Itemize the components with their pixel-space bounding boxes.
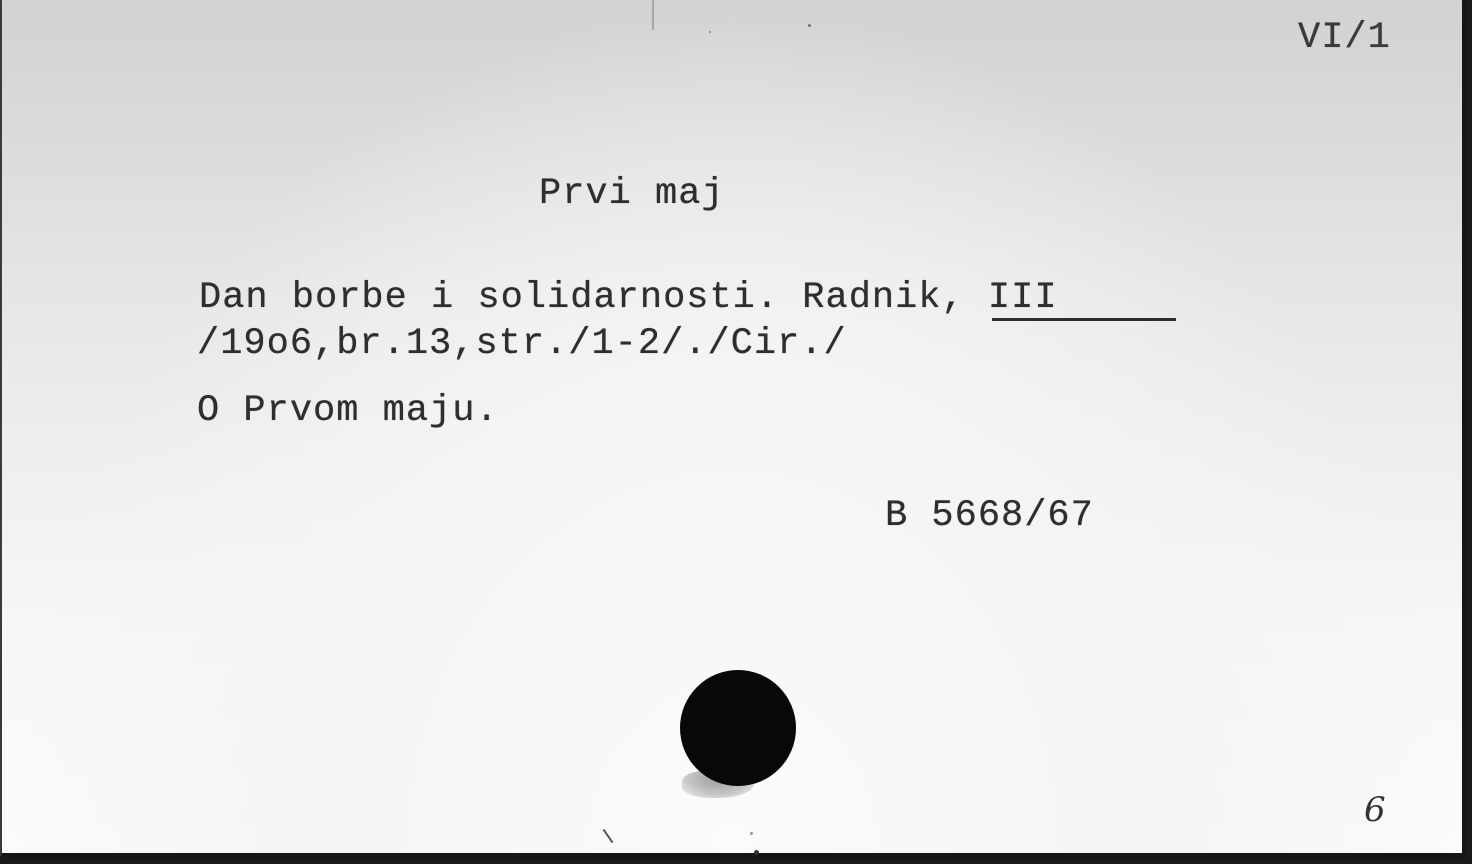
speck <box>709 31 711 33</box>
accession-number: B 5668/67 <box>885 498 1094 535</box>
punch-hole-icon <box>680 670 796 786</box>
speck <box>808 24 811 27</box>
paper-crease <box>652 0 654 30</box>
card-title: Prvi maj <box>539 176 725 213</box>
source-underline <box>992 318 1176 321</box>
speck <box>750 832 753 835</box>
citation-line-1: Dan borbe i solidarnosti. Radnik, III <box>199 280 1058 317</box>
ink-scratch <box>603 829 614 843</box>
speck <box>754 850 759 855</box>
annotation: O Prvom maju. <box>197 393 499 430</box>
call-number: VI/1 <box>1298 20 1391 57</box>
citation-line-2: /19o6,br.13,str./1-2/./Cir./ <box>197 326 847 363</box>
catalog-card: VI/1 Prvi maj Dan borbe i solidarnosti. … <box>0 0 1466 858</box>
handwritten-mark: 6 <box>1364 790 1386 830</box>
